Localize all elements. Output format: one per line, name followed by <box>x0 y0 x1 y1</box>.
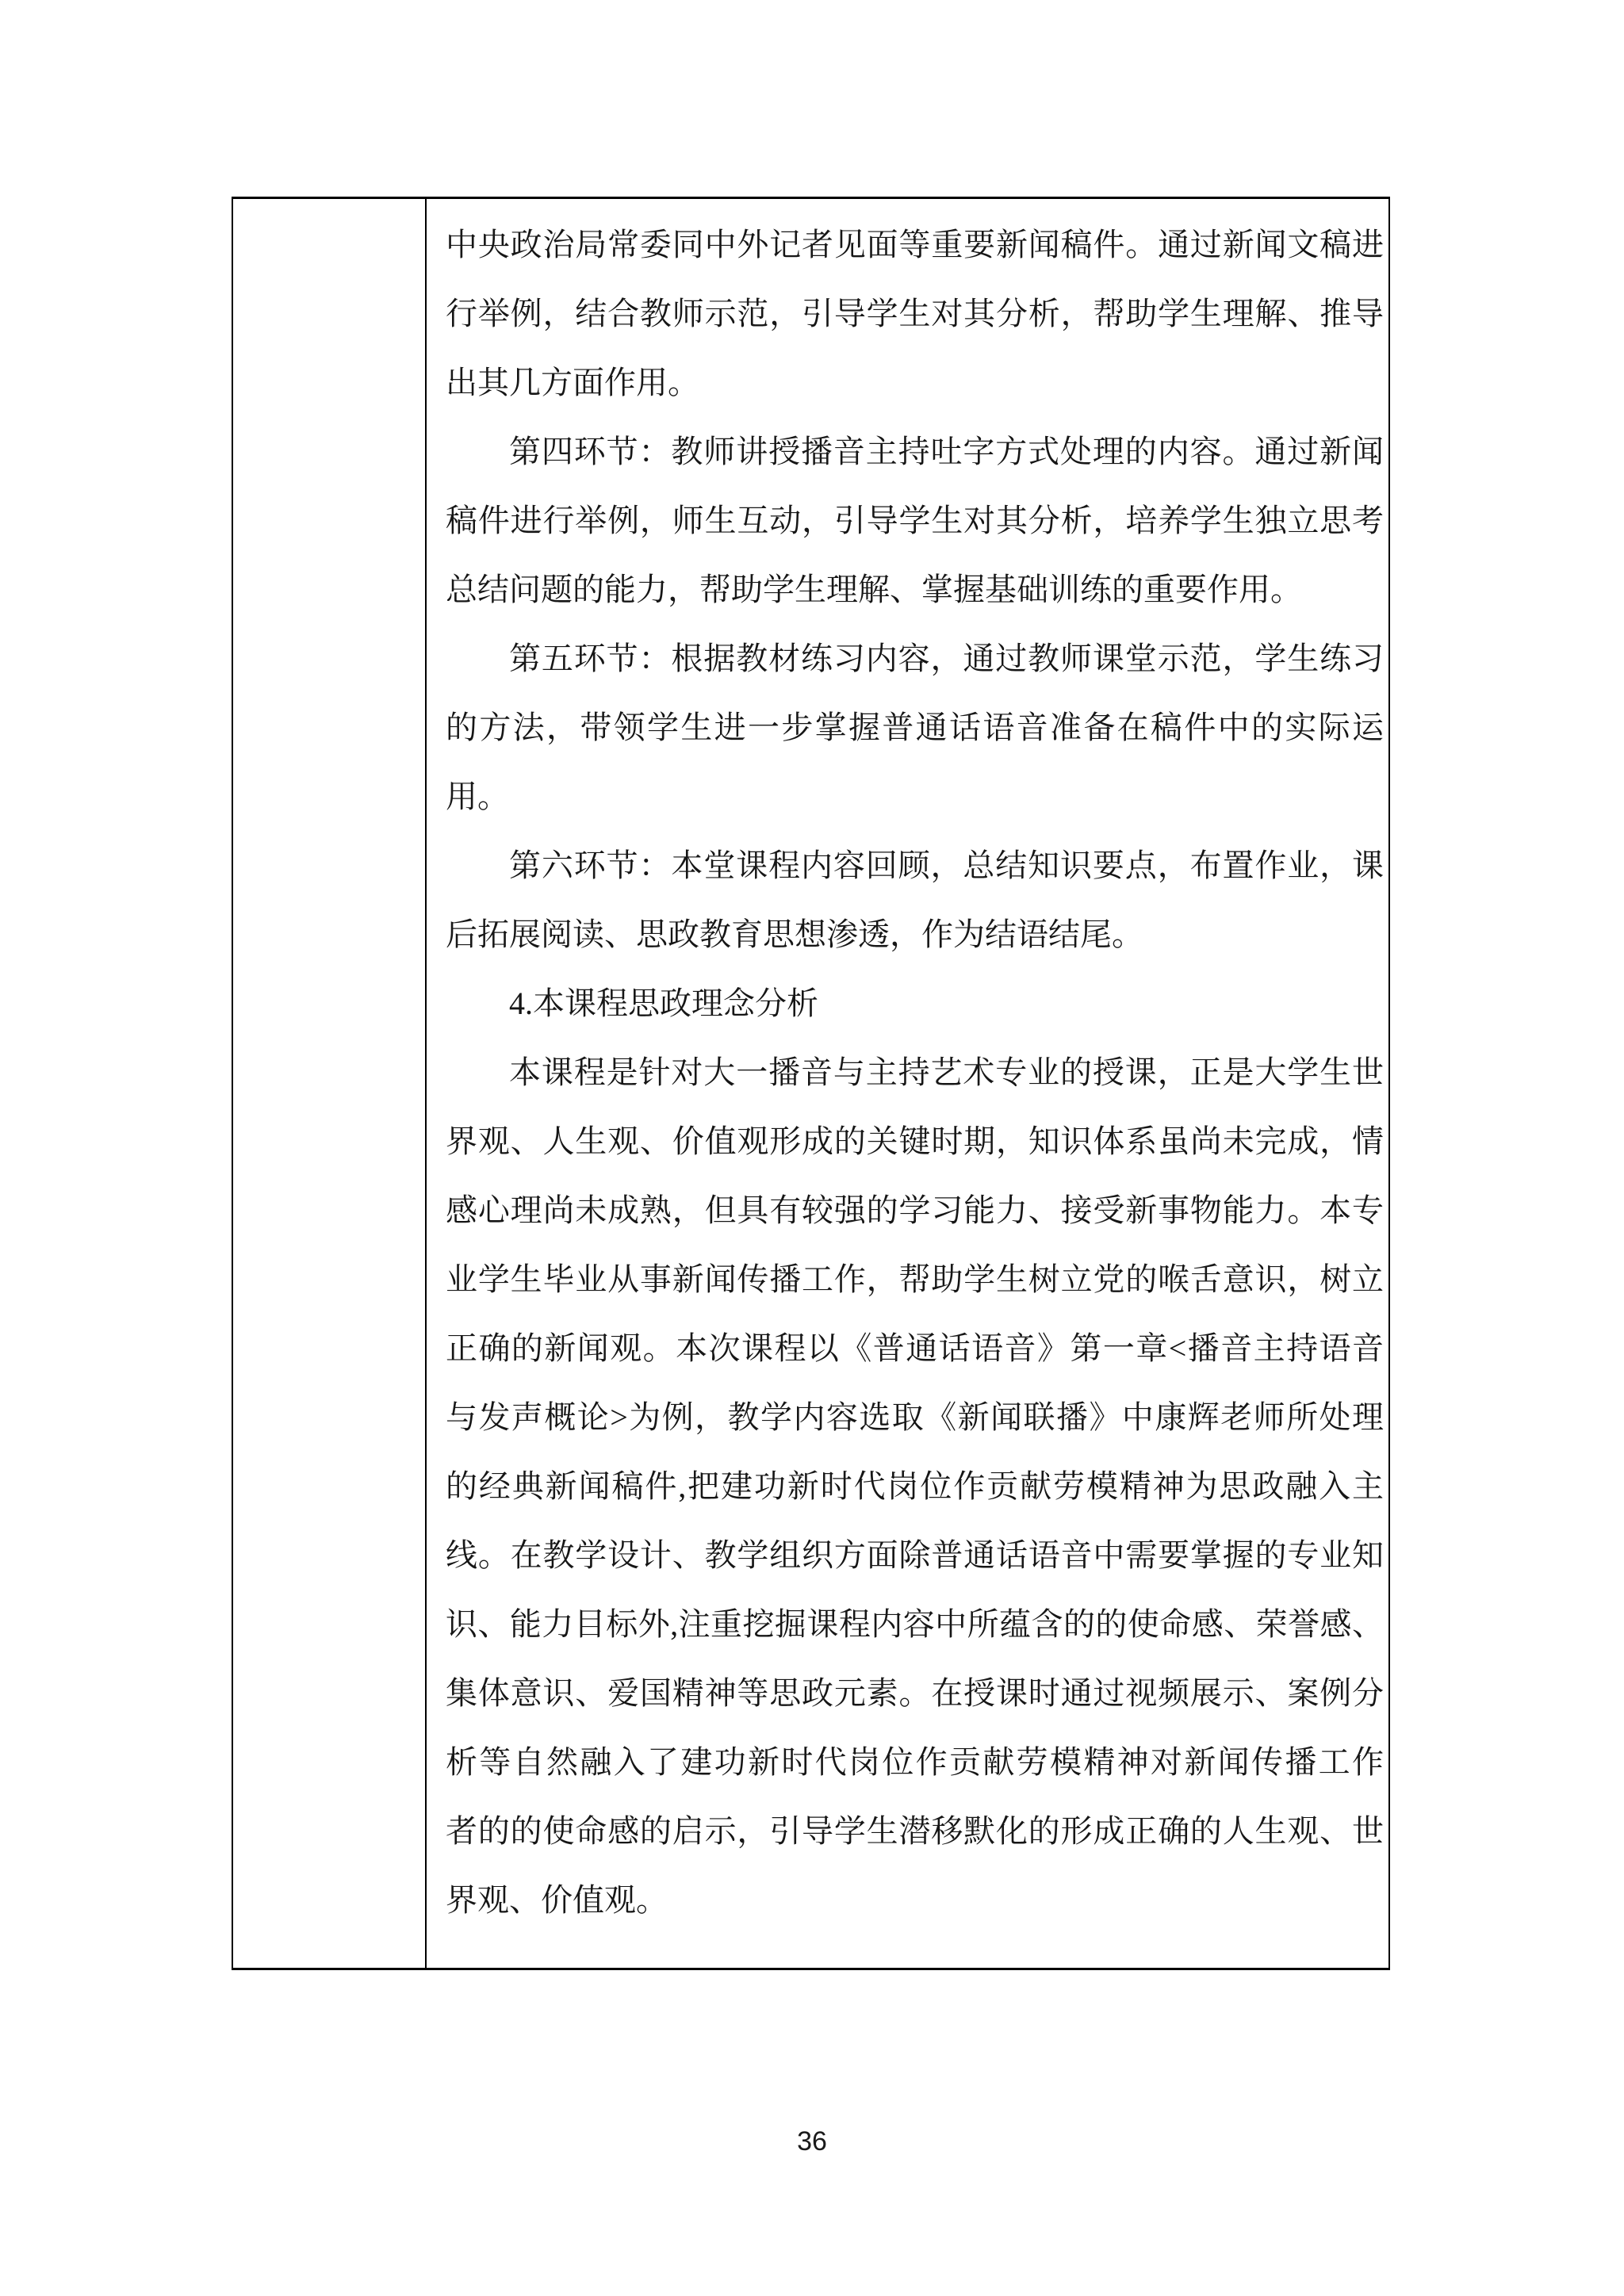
text-line: 总结问题的能力，帮助学生理解、掌握基础训练的重要作用。 <box>446 555 1384 624</box>
lesson-plan-table: 中央政治局常委同中外记者见面等重要新闻稿件。通过新闻文稿进行举例，结合教师示范，… <box>232 197 1390 1970</box>
text-line: 第四环节：教师讲授播音主持吐字方式处理的内容。通过新闻 <box>446 417 1384 486</box>
text-line: 后拓展阅读、思政教育思想渗透，作为结语结尾。 <box>446 900 1384 969</box>
text-line: 的方法，带领学生进一步掌握普通话语音准备在稿件中的实际运 <box>446 693 1384 762</box>
text-line: 者的的使命感的启示，引导学生潜移默化的形成正确的人生观、世 <box>446 1797 1384 1865</box>
table-content-cell: 中央政治局常委同中外记者见面等重要新闻稿件。通过新闻文稿进行举例，结合教师示范，… <box>427 199 1388 1968</box>
text-line: 用。 <box>446 762 1384 831</box>
text-line: 的经典新闻稿件,把建功新时代岗位作贡献劳模精神为思政融入主 <box>446 1452 1384 1521</box>
text-line: 集体意识、爱国精神等思政元素。在授课时通过视频展示、案例分 <box>446 1659 1384 1728</box>
text-line: 线。在教学设计、教学组织方面除普通话语音中需要掌握的专业知 <box>446 1521 1384 1590</box>
text-line: 界观、价值观。 <box>446 1865 1384 1934</box>
text-line: 正确的新闻观。本次课程以《普通话语音》第一章<播音主持语音 <box>446 1314 1384 1383</box>
document-page: 中央政治局常委同中外记者见面等重要新闻稿件。通过新闻文稿进行举例，结合教师示范，… <box>0 0 1624 2296</box>
text-line: 与发声概论>为例，教学内容选取《新闻联播》中康辉老师所处理 <box>446 1383 1384 1452</box>
text-line: 第五环节：根据教材练习内容，通过教师课堂示范，学生练习 <box>446 624 1384 693</box>
page-number: 36 <box>0 2126 1624 2157</box>
content-text-block: 中央政治局常委同中外记者见面等重要新闻稿件。通过新闻文稿进行举例，结合教师示范，… <box>446 210 1384 1934</box>
text-line: 稿件进行举例，师生互动，引导学生对其分析，培养学生独立思考 <box>446 486 1384 555</box>
text-line: 4.本课程思政理念分析 <box>446 969 1384 1038</box>
text-line: 识、能力目标外,注重挖掘课程内容中所蕴含的的使命感、荣誉感、 <box>446 1590 1384 1659</box>
text-line: 出其几方面作用。 <box>446 348 1384 417</box>
text-line: 业学生毕业从事新闻传播工作，帮助学生树立党的喉舌意识，树立 <box>446 1245 1384 1314</box>
text-line: 析等自然融入了建功新时代岗位作贡献劳模精神对新闻传播工作 <box>446 1728 1384 1797</box>
text-line: 本课程是针对大一播音与主持艺术专业的授课，正是大学生世 <box>446 1038 1384 1107</box>
text-line: 第六环节：本堂课程内容回顾，总结知识要点，布置作业，课 <box>446 831 1384 900</box>
table-row-label-cell <box>233 199 427 1968</box>
text-line: 行举例，结合教师示范，引导学生对其分析，帮助学生理解、推导 <box>446 279 1384 348</box>
text-line: 界观、人生观、价值观形成的关键时期，知识体系虽尚未完成，情 <box>446 1107 1384 1176</box>
text-line: 中央政治局常委同中外记者见面等重要新闻稿件。通过新闻文稿进 <box>446 210 1384 279</box>
text-line: 感心理尚未成熟，但具有较强的学习能力、接受新事物能力。本专 <box>446 1176 1384 1245</box>
